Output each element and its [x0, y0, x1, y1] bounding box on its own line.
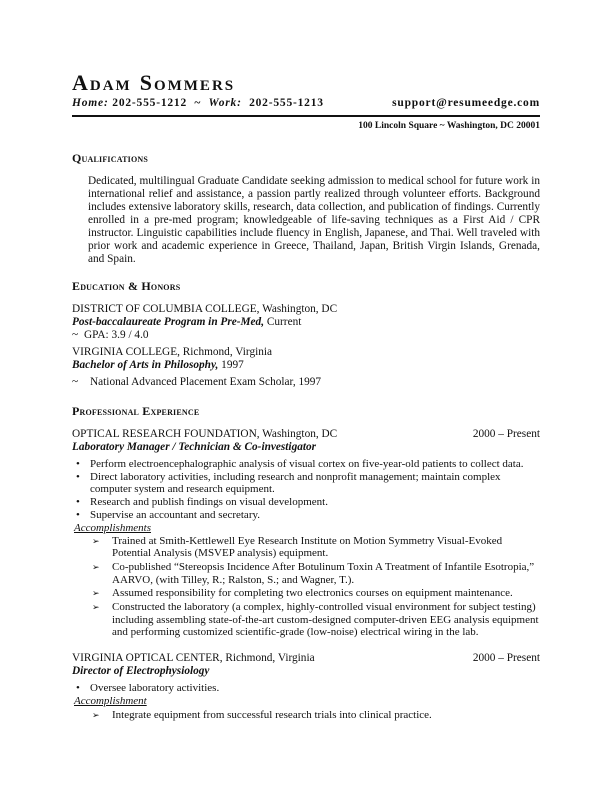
qualifications-section: Qualifications Dedicated, multilingual G…	[72, 151, 540, 266]
degree-line: Post-baccalaureate Program in Pre-Med, C…	[72, 316, 540, 329]
header-divider	[72, 115, 540, 117]
bullet-icon: •	[76, 458, 80, 471]
section-title-education: Education & Honors	[72, 279, 540, 294]
education-section: Education & Honors DISTRICT OF COLUMBIA …	[72, 279, 540, 389]
resume-page: AdamSommers Home: 202-555-1212 ~ Work: 2…	[72, 70, 540, 722]
phone-numbers: Home: 202-555-1212 ~ Work: 202-555-1213	[72, 97, 324, 109]
accomplishment-item: ➢Integrate equipment from successful res…	[72, 709, 540, 722]
school-location: , Washington, DC	[257, 303, 337, 315]
degree-name: Bachelor of Arts in Philosophy,	[72, 359, 218, 371]
accomplishment-text: Co-published “Stereopsis Incidence After…	[112, 561, 534, 586]
duty-text: Supervise an accountant and secretary.	[90, 509, 260, 521]
duty-text: Research and publish findings on visual …	[90, 496, 328, 508]
school-location: , Richmond, Virginia	[177, 346, 272, 358]
degree-name: Post-baccalaureate Program in Pre-Med,	[72, 316, 264, 328]
home-label: Home:	[72, 97, 109, 109]
duty-item: •Perform electroencephalographic analysi…	[72, 458, 540, 471]
duty-text: Perform electroencephalographic analysis…	[90, 458, 524, 470]
bullet-icon: •	[76, 496, 80, 509]
accomplishments-list: ➢Trained at Smith-Kettlewell Eye Researc…	[72, 535, 540, 640]
work-phone: 202-555-1213	[249, 97, 324, 109]
accomplishment-item: ➢Constructed the laboratory (a complex, …	[72, 601, 540, 639]
employer-name: VIRGINIA OPTICAL CENTER	[72, 652, 220, 664]
degree-line: Bachelor of Arts in Philosophy, 1997	[72, 359, 540, 372]
duties-list: •Perform electroencephalographic analysi…	[72, 458, 540, 522]
employer-location: , Washington, DC	[257, 428, 337, 440]
duty-item: •Supervise an accountant and secretary.	[72, 509, 540, 522]
last-name: Sommers	[140, 70, 235, 95]
arrow-bullet-icon: ➢	[92, 709, 100, 722]
arrow-bullet-icon: ➢	[92, 601, 100, 614]
accomplishment-text: Assumed responsibility for completing tw…	[112, 587, 513, 599]
work-label: Work:	[209, 97, 242, 109]
resume-header: AdamSommers Home: 202-555-1212 ~ Work: 2…	[72, 70, 540, 131]
bullet-icon: •	[76, 509, 80, 522]
job-entry: VIRGINIA OPTICAL CENTER, Richmond, Virgi…	[72, 652, 540, 721]
first-name: Adam	[72, 70, 132, 95]
duty-item: •Direct laboratory activities, including…	[72, 471, 540, 496]
arrow-bullet-icon: ➢	[92, 561, 100, 574]
duties-list: •Oversee laboratory activities.	[72, 682, 540, 695]
tilde-marker: ~	[72, 329, 84, 342]
experience-section: Professional Experience OPTICAL RESEARCH…	[72, 404, 540, 722]
accomplishments-list: ➢Integrate equipment from successful res…	[72, 709, 540, 722]
section-title-experience: Professional Experience	[72, 404, 540, 419]
bullet-icon: •	[76, 471, 80, 484]
school-line: VIRGINIA COLLEGE, Richmond, Virginia	[72, 346, 540, 359]
accomplishment-text: Integrate equipment from successful rese…	[112, 709, 432, 721]
education-entry: DISTRICT OF COLUMBIA COLLEGE, Washington…	[72, 303, 540, 342]
degree-year: Current	[264, 316, 301, 328]
job-header: OPTICAL RESEARCH FOUNDATION, Washington,…	[72, 428, 540, 441]
qualifications-summary: Dedicated, multilingual Graduate Candida…	[88, 175, 540, 266]
separator: ~	[194, 97, 201, 109]
employer-name: OPTICAL RESEARCH FOUNDATION	[72, 428, 257, 440]
degree-year: 1997	[218, 359, 243, 371]
job-header: VIRGINIA OPTICAL CENTER, Richmond, Virgi…	[72, 652, 540, 665]
job-title: Director of Electrophysiology	[72, 665, 540, 678]
employer-location: , Richmond, Virginia	[220, 652, 315, 664]
accomplishment-item: ➢Trained at Smith-Kettlewell Eye Researc…	[72, 535, 540, 560]
bullet-icon: •	[76, 682, 80, 695]
arrow-bullet-icon: ➢	[92, 535, 100, 548]
accomplishment-item: ➢Assumed responsibility for completing t…	[72, 587, 540, 600]
duty-item: •Oversee laboratory activities.	[72, 682, 540, 695]
job-dates: 2000 – Present	[473, 428, 540, 441]
candidate-name: AdamSommers	[72, 70, 540, 96]
job-dates: 2000 – Present	[473, 652, 540, 665]
accomplishment-item: ➢Co-published “Stereopsis Incidence Afte…	[72, 561, 540, 586]
job-entry: OPTICAL RESEARCH FOUNDATION, Washington,…	[72, 428, 540, 639]
school-name: DISTRICT OF COLUMBIA COLLEGE	[72, 303, 257, 315]
tilde-marker: ~	[72, 376, 90, 389]
home-phone: 202-555-1212	[112, 97, 187, 109]
arrow-bullet-icon: ➢	[92, 587, 100, 600]
duty-text: Oversee laboratory activities.	[90, 682, 219, 694]
employer-line: OPTICAL RESEARCH FOUNDATION, Washington,…	[72, 428, 337, 441]
job-title: Laboratory Manager / Technician & Co-inv…	[72, 441, 540, 454]
education-entry: VIRGINIA COLLEGE, Richmond, Virginia Bac…	[72, 346, 540, 389]
duty-item: •Research and publish findings on visual…	[72, 496, 540, 509]
school-line: DISTRICT OF COLUMBIA COLLEGE, Washington…	[72, 303, 540, 316]
gpa-text: GPA: 3.9 / 4.0	[84, 329, 149, 341]
employer-line: VIRGINIA OPTICAL CENTER, Richmond, Virgi…	[72, 652, 315, 665]
accomplishment-text: Constructed the laboratory (a complex, h…	[112, 601, 539, 638]
duty-text: Direct laboratory activities, including …	[90, 471, 501, 496]
postal-address: 100 Lincoln Square ~ Washington, DC 2000…	[72, 121, 540, 131]
accomplishments-label: Accomplishments	[74, 522, 540, 535]
accomplishments-label: Accomplishment	[74, 695, 540, 708]
email-address: support@resumeedge.com	[392, 97, 540, 109]
education-note: ~National Advanced Placement Exam Schola…	[72, 376, 540, 389]
honor-text: National Advanced Placement Exam Scholar…	[90, 376, 321, 388]
school-name: VIRGINIA COLLEGE	[72, 346, 177, 358]
accomplishment-text: Trained at Smith-Kettlewell Eye Research…	[112, 535, 502, 560]
education-note: ~GPA: 3.9 / 4.0	[72, 329, 540, 342]
section-title-qualifications: Qualifications	[72, 151, 540, 166]
contact-row: Home: 202-555-1212 ~ Work: 202-555-1213 …	[72, 97, 540, 113]
